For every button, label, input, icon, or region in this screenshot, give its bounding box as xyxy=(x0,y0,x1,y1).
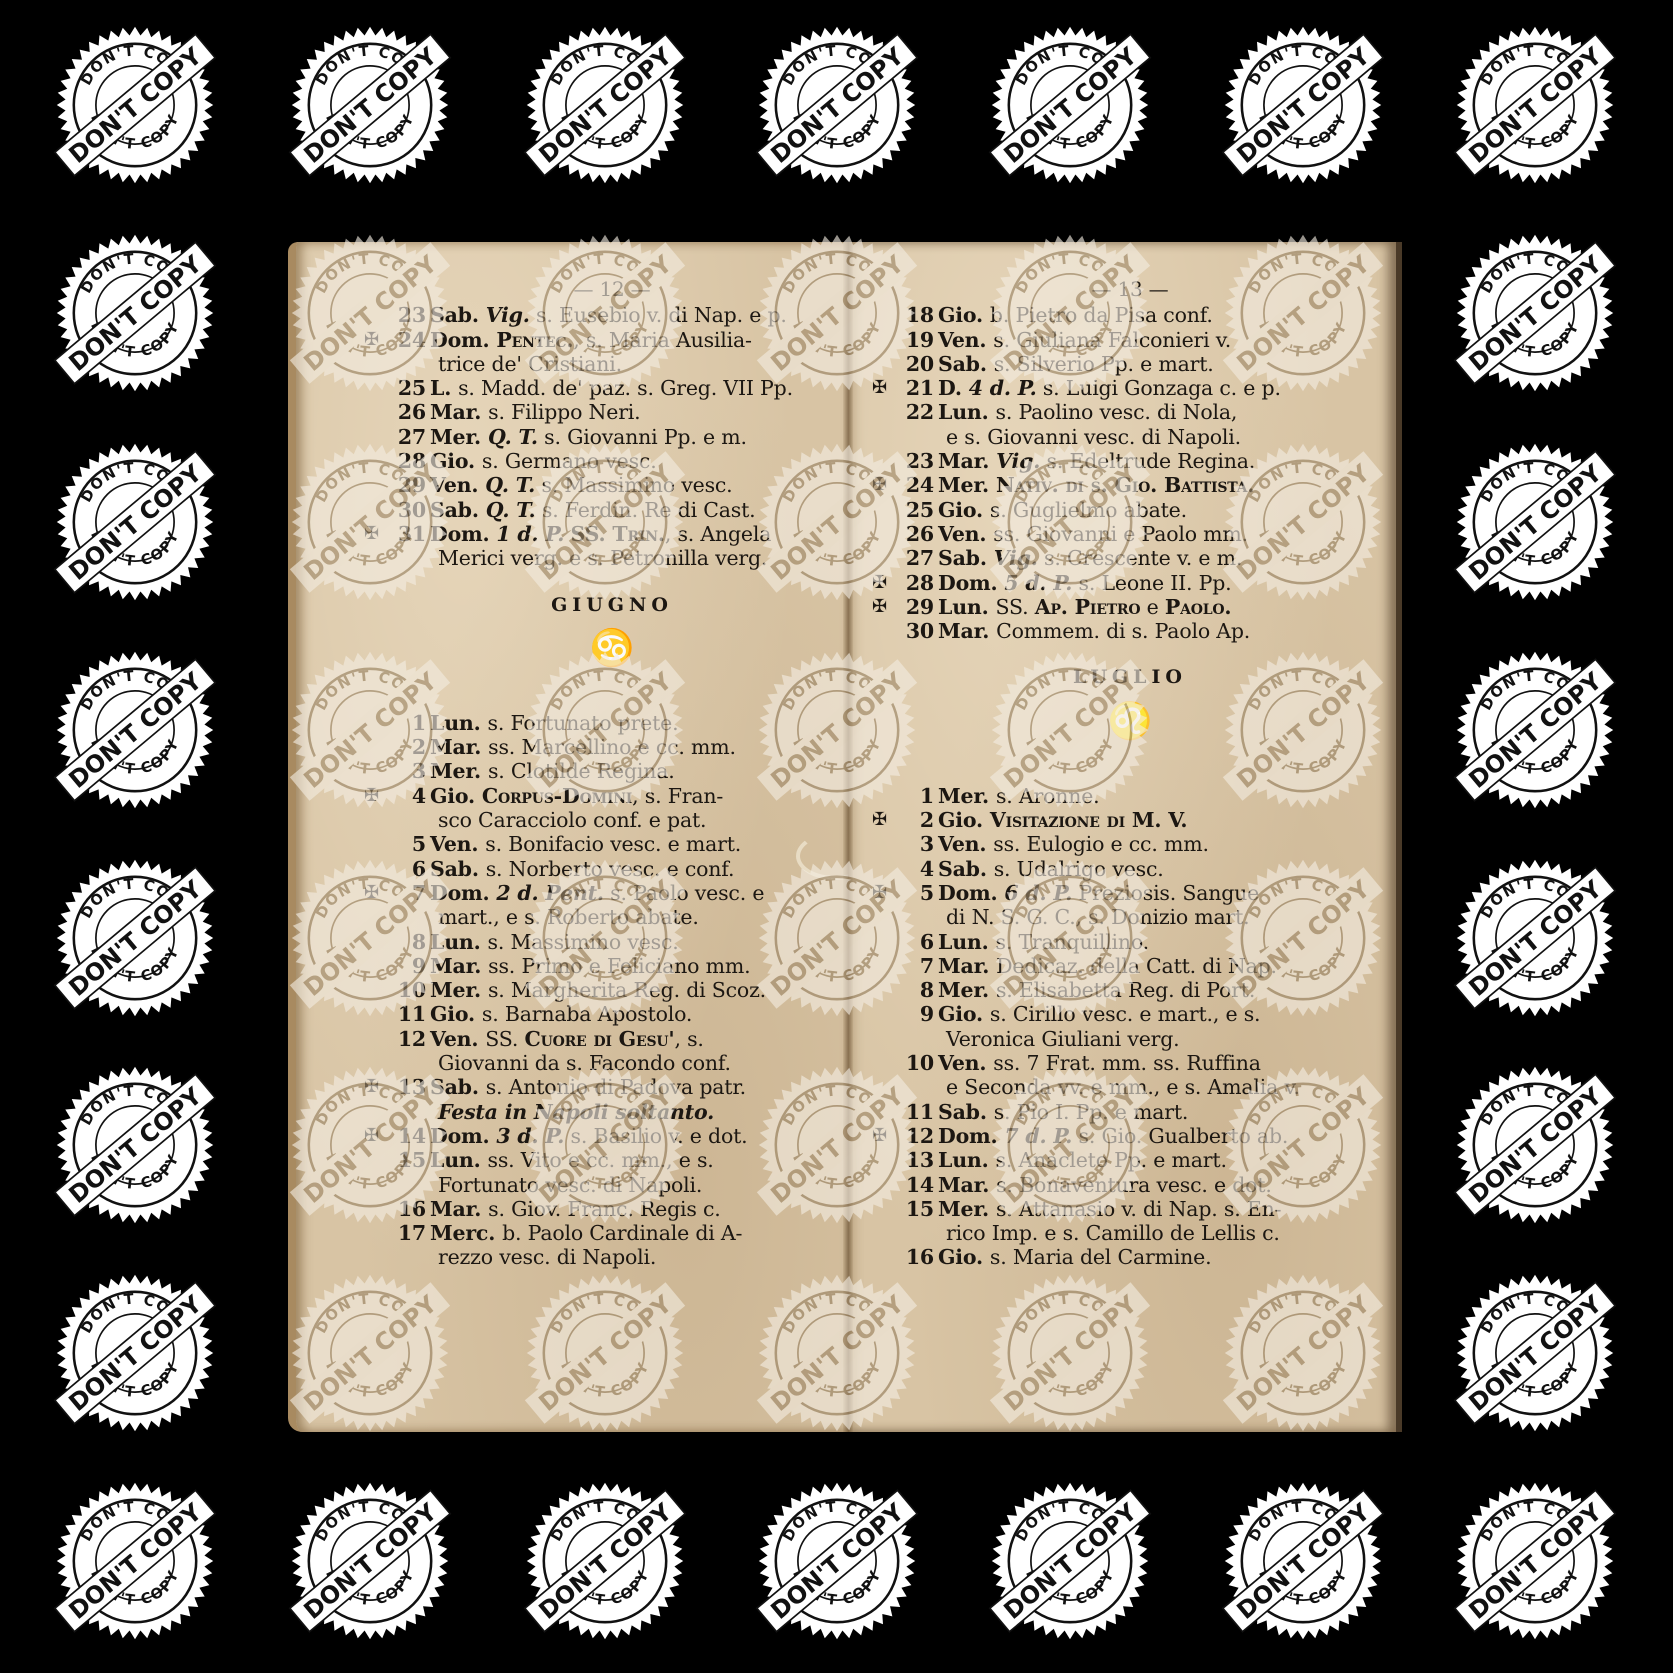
entry-text: s. Filippo Neri. xyxy=(488,400,640,424)
svg-text:DON'T COPY: DON'T COPY xyxy=(1463,1081,1607,1208)
svg-text:DON'T COPY: DON'T COPY xyxy=(87,528,183,570)
calendar-entry: 27Mer. Q. T. s. Giovanni Pp. e m. xyxy=(392,425,832,449)
calendar-entry: 20Sab. s. Silverio Pp. e mart. xyxy=(900,352,1360,376)
entry-text: s. Paolino vesc. di Nola, xyxy=(996,400,1238,424)
svg-text:DON'T COPY: DON'T COPY xyxy=(63,1081,207,1208)
entry-text: Pentec. xyxy=(496,328,573,352)
weekday-abbrev: Mer. xyxy=(938,978,996,1002)
weekday-abbrev: D. xyxy=(938,376,969,400)
day-number: 6 xyxy=(392,857,426,881)
svg-text:DON'T COPY: DON'T COPY xyxy=(1247,1499,1360,1544)
calendar-entry: ✠31Dom. 1 d. P. SS. Trin., s. Angela xyxy=(392,522,832,546)
day-number: 10 xyxy=(392,978,426,1002)
svg-text:DON'T COPY: DON'T COPY xyxy=(781,1499,894,1544)
weekday-abbrev: Gio. xyxy=(938,1002,990,1026)
weekday-abbrev: Sab. xyxy=(430,498,486,522)
month-title-giugno: GIUGNO xyxy=(392,593,832,617)
entry-continuation: Veronica Giuliani verg. xyxy=(900,1027,1360,1051)
svg-text:DON'T COPY: DON'T COPY xyxy=(1487,111,1583,153)
svg-text:DON'T COPY: DON'T COPY xyxy=(1487,736,1583,778)
day-number: 26 xyxy=(392,400,426,424)
entry-text: s. Basilio v. e dot. xyxy=(564,1124,747,1148)
entry-text: Q. T. xyxy=(485,473,535,497)
feast-cross-icon: ✠ xyxy=(364,328,379,352)
entry-text: Vig. xyxy=(486,303,530,327)
entry-continuation: Merici verg. e s. Petronilla verg. xyxy=(392,546,832,570)
svg-text:DON'T COPY: DON'T COPY xyxy=(1463,666,1607,793)
entry-text: ss. Marcellino e cc. mm. xyxy=(488,735,736,759)
day-number: 4 xyxy=(900,857,934,881)
svg-text:DON'T COPY: DON'T COPY xyxy=(314,1499,427,1544)
calendar-entry: ✠7Dom. 2 d. Pent. s. Paolo vesc. e xyxy=(392,881,832,905)
book-gutter xyxy=(843,242,853,1432)
calendar-entry: 11Sab. s. Pio I. Pp. e mart. xyxy=(900,1100,1360,1124)
entry-continuation: sco Caracciolo conf. e pat. xyxy=(392,808,832,832)
entry-text: Cuore di Gesu' xyxy=(524,1027,674,1051)
weekday-abbrev: Gio. xyxy=(938,808,990,832)
dont-copy-stamp-icon: DON'T COPY DON'T COPY DON'T COPY xyxy=(1450,20,1620,190)
entry-continuation: trice de' Cristiani. xyxy=(392,352,832,376)
entry-continuation: e s. Giovanni vesc. di Napoli. xyxy=(900,425,1360,449)
weekday-abbrev: Gio. xyxy=(938,1245,990,1269)
day-number: 14 xyxy=(900,1173,934,1197)
day-number: 31 xyxy=(392,522,426,546)
day-number: 6 xyxy=(900,930,934,954)
entry-text: 1 d. P. xyxy=(496,522,564,546)
entry-text: 3 d. P. xyxy=(496,1124,564,1148)
watermark-stamp: DON'T COPY DON'T COPY DON'T COPY xyxy=(50,853,220,1023)
svg-text:DON'T COPY: DON'T COPY xyxy=(79,1499,192,1544)
calendar-entry: ✠24Dom. Pentec., s. Maria Ausilia- xyxy=(392,328,832,352)
svg-text:DON'T COPY: DON'T COPY xyxy=(1487,1151,1583,1193)
watermark-stamp: DON'T COPY DON'T COPY DON'T COPY xyxy=(50,1268,220,1438)
entry-continuation: di N. S. G. C., s. Donizio mart. xyxy=(900,905,1360,929)
watermark-stamp: DON'T COPY DON'T COPY DON'T COPY xyxy=(520,20,690,190)
svg-text:DON'T COPY: DON'T COPY xyxy=(1463,41,1607,168)
svg-text:DON'T COPY: DON'T COPY xyxy=(87,319,183,361)
day-number: 30 xyxy=(392,498,426,522)
calendar-entry: 7Mar. Dedicaz. della Catt. di Nap. xyxy=(900,954,1360,978)
calendar-entry: ✠28Dom. 5 d. P. s. Leone II. Pp. xyxy=(900,571,1360,595)
watermark-stamp: DON'T COPY DON'T COPY DON'T COPY xyxy=(1450,228,1620,398)
entry-text: s. Luigi Gonzaga c. e p. xyxy=(1037,376,1281,400)
calendar-entry: 18Gio. b. Pietro da Pisa conf. xyxy=(900,303,1360,327)
day-number: 13 xyxy=(392,1075,426,1099)
calendar-entry: ✠5Dom. 6 d. P. Preziosis. Sangue xyxy=(900,881,1360,905)
weekday-abbrev: Mer. xyxy=(430,978,488,1002)
entry-text: , s. Fran- xyxy=(632,784,723,808)
day-number: 7 xyxy=(392,881,426,905)
weekday-abbrev: Lun. xyxy=(938,1148,996,1172)
feast-cross-icon: ✠ xyxy=(872,595,887,619)
weekday-abbrev: Gio. xyxy=(938,303,990,327)
svg-text:DON'T COPY: DON'T COPY xyxy=(998,1497,1142,1624)
day-number: 23 xyxy=(900,449,934,473)
entry-text: Ap. Pietro xyxy=(1035,595,1141,619)
entry-text: s. Massimino vesc. xyxy=(535,473,732,497)
entry-text: ss. 7 Frat. mm. ss. Ruffina xyxy=(993,1051,1261,1075)
calendar-entry: ✠12Dom. 7 d. P. s. Gio. Gualberto ab. xyxy=(900,1124,1360,1148)
entry-text: ss. Vito e cc. mm., e s. xyxy=(488,1148,714,1172)
svg-text:DON'T COPY: DON'T COPY xyxy=(322,111,418,153)
svg-text:DON'T COPY: DON'T COPY xyxy=(1479,251,1592,296)
entry-text: ss. Eulogio e cc. mm. xyxy=(993,832,1209,856)
weekday-abbrev: Dom. xyxy=(938,881,1004,905)
day-number: 27 xyxy=(900,546,934,570)
watermark-stamp: DON'T COPY DON'T COPY DON'T COPY xyxy=(50,437,220,607)
weekday-abbrev: Ven. xyxy=(430,1027,485,1051)
calendar-entry: ✠13Sab. s. Antonio di Padova patr. xyxy=(392,1075,832,1099)
weekday-abbrev: Merc. xyxy=(430,1221,502,1245)
dont-copy-stamp-icon: DON'T COPY DON'T COPY DON'T COPY xyxy=(285,1476,455,1646)
entry-text: Vig. xyxy=(996,449,1040,473)
weekday-abbrev: Ven. xyxy=(938,522,993,546)
svg-text:DON'T COPY: DON'T COPY xyxy=(87,1359,183,1401)
weekday-abbrev: Mar. xyxy=(430,735,488,759)
watermark-stamp: DON'T COPY DON'T COPY DON'T COPY xyxy=(1450,20,1620,190)
entry-continuation: e Seconda vv. e mm., e s. Amalia v. xyxy=(900,1075,1360,1099)
calendar-entry: 29Ven. Q. T. s. Massimino vesc. xyxy=(392,473,832,497)
calendar-entry: 26Mar. s. Filippo Neri. xyxy=(392,400,832,424)
calendar-entry: 28Gio. s. Germano vesc. xyxy=(392,449,832,473)
feast-cross-icon: ✠ xyxy=(364,522,379,546)
dont-copy-stamp-icon: DON'T COPY DON'T COPY DON'T COPY xyxy=(50,1060,220,1230)
day-number: 23 xyxy=(392,303,426,327)
day-number: 24 xyxy=(900,473,934,497)
svg-text:DON'T COPY: DON'T COPY xyxy=(1479,1499,1592,1544)
weekday-abbrev: Ven. xyxy=(938,832,993,856)
svg-text:DON'T COPY: DON'T COPY xyxy=(63,41,207,168)
svg-text:DON'T COPY: DON'T COPY xyxy=(1479,1083,1592,1128)
almanac-book-spread: — 12 — 23Sab. Vig. s. Eusebio v. di Nap.… xyxy=(288,242,1396,1432)
weekday-abbrev: Ven. xyxy=(430,832,485,856)
day-number: 25 xyxy=(900,498,934,522)
watermark-stamp: DON'T COPY DON'T COPY DON'T COPY xyxy=(285,1476,455,1646)
leo-zodiac-icon: ♌ xyxy=(900,710,1360,756)
entry-text: SS. Trin. xyxy=(571,522,665,546)
svg-text:DON'T COPY: DON'T COPY xyxy=(789,1567,885,1609)
svg-text:DON'T COPY: DON'T COPY xyxy=(557,111,653,153)
entry-text: Vig. xyxy=(994,546,1038,570)
calendar-entry: 13Lun. s. Anacleto Pp. e mart. xyxy=(900,1148,1360,1172)
svg-text:DON'T COPY: DON'T COPY xyxy=(1463,1289,1607,1416)
entry-text: s. Giovanni Pp. e m. xyxy=(538,425,747,449)
calendar-entry: 19Ven. s. Giuliana Falconieri v. xyxy=(900,328,1360,352)
calendar-entry: ✠21D. 4 d. P. s. Luigi Gonzaga c. e p. xyxy=(900,376,1360,400)
entry-continuation: rico Imp. e s. Camillo de Lellis c. xyxy=(900,1221,1360,1245)
day-number: 5 xyxy=(900,881,934,905)
svg-text:DON'T COPY: DON'T COPY xyxy=(1014,43,1127,88)
entry-text: s. Margherita Reg. di Scoz. xyxy=(488,978,766,1002)
entry-text: s. Anacleto Pp. e mart. xyxy=(996,1148,1227,1172)
entry-text: s. Eusebio v. di Nap. e p. xyxy=(530,303,787,327)
day-number: 29 xyxy=(392,473,426,497)
entry-text: s. Maria del Carmine. xyxy=(990,1245,1212,1269)
watermark-stamp: DON'T COPY DON'T COPY DON'T COPY xyxy=(1218,20,1388,190)
month-title-luglio: LUGLIO xyxy=(900,665,1360,689)
weekday-abbrev: Sab. xyxy=(430,857,486,881)
weekday-abbrev: Mer. xyxy=(430,759,488,783)
dont-copy-stamp-icon: DON'T COPY DON'T COPY DON'T COPY xyxy=(1450,228,1620,398)
entry-text: , s. Angela xyxy=(665,522,771,546)
svg-text:DON'T COPY: DON'T COPY xyxy=(1463,874,1607,1001)
day-number: 17 xyxy=(392,1221,426,1245)
day-number: 19 xyxy=(900,328,934,352)
svg-text:DON'T COPY: DON'T COPY xyxy=(1487,1359,1583,1401)
weekday-abbrev: Dom. xyxy=(938,1124,1004,1148)
feast-cross-icon: ✠ xyxy=(872,881,887,905)
watermark-stamp: DON'T COPY DON'T COPY DON'T COPY xyxy=(1450,437,1620,607)
weekday-abbrev: Sab. xyxy=(430,1075,486,1099)
svg-text:DON'T COPY: DON'T COPY xyxy=(1231,41,1375,168)
dont-copy-stamp-icon: DON'T COPY DON'T COPY DON'T COPY xyxy=(985,20,1155,190)
dont-copy-stamp-icon: DON'T COPY DON'T COPY DON'T COPY xyxy=(752,1476,922,1646)
entry-text: ss. Giovanni e Paolo mm. xyxy=(993,522,1248,546)
day-number: 16 xyxy=(900,1245,934,1269)
right-page-column: — 13 — 18Gio. b. Pietro da Pisa conf.19V… xyxy=(900,277,1360,1270)
page-number-12: — 12 — xyxy=(392,277,832,301)
cancer-zodiac-icon: ♋ xyxy=(392,637,832,683)
entry-text: s. Udalrigo vesc. xyxy=(994,857,1164,881)
svg-text:DON'T COPY: DON'T COPY xyxy=(549,1499,662,1544)
day-number: 4 xyxy=(392,784,426,808)
july-entries-list: 1Mer. s. Aronne.✠2Gio. Visitazione di M.… xyxy=(900,784,1360,1270)
watermark-stamp: DON'T COPY DON'T COPY DON'T COPY xyxy=(50,1476,220,1646)
page-number-13: — 13 — xyxy=(900,277,1360,301)
watermark-stamp: DON'T COPY DON'T COPY DON'T COPY xyxy=(50,20,220,190)
svg-text:DON'T COPY: DON'T COPY xyxy=(1463,1497,1607,1624)
day-number: 8 xyxy=(392,930,426,954)
watermark-stamp: DON'T COPY DON'T COPY DON'T COPY xyxy=(1450,1476,1620,1646)
svg-text:DON'T COPY: DON'T COPY xyxy=(87,111,183,153)
entry-text: , s. xyxy=(674,1027,703,1051)
dont-copy-stamp-icon: DON'T COPY DON'T COPY DON'T COPY xyxy=(50,20,220,190)
entry-continuation: mart., e s. Roberto abate. xyxy=(392,905,832,929)
feast-cross-icon: ✠ xyxy=(872,473,887,497)
calendar-entry: 11Gio. s. Barnaba Apostolo. xyxy=(392,1002,832,1026)
day-number: 27 xyxy=(392,425,426,449)
entry-text: Paolo. xyxy=(1165,595,1231,619)
feast-cross-icon: ✠ xyxy=(872,1124,887,1148)
entry-text: s. Gio. Gualberto ab. xyxy=(1072,1124,1288,1148)
entry-text: s. Elisabetta Reg. di Port. xyxy=(996,978,1255,1002)
day-number: 7 xyxy=(900,954,934,978)
weekday-abbrev: Gio. xyxy=(430,784,482,808)
calendar-entry: 22Lun. s. Paolino vesc. di Nola, xyxy=(900,400,1360,424)
calendar-entry: 15Lun. ss. Vito e cc. mm., e s. xyxy=(392,1148,832,1172)
day-number: 15 xyxy=(392,1148,426,1172)
svg-text:DON'T COPY: DON'T COPY xyxy=(1479,43,1592,88)
entry-text: s. Tranquillino. xyxy=(996,930,1150,954)
calendar-entry: 8Lun. s. Massimino vesc. xyxy=(392,930,832,954)
day-number: 22 xyxy=(900,400,934,424)
entry-text: Dedicaz. della Catt. di Nap. xyxy=(996,954,1277,978)
calendar-entry: 25L. s. Madd. de' paz. s. Greg. VII Pp. xyxy=(392,376,832,400)
svg-text:DON'T COPY: DON'T COPY xyxy=(549,43,662,88)
day-number: 14 xyxy=(392,1124,426,1148)
svg-text:DON'T COPY: DON'T COPY xyxy=(1487,944,1583,986)
svg-text:DON'T COPY: DON'T COPY xyxy=(1479,876,1592,921)
calendar-entry: ✠14Dom. 3 d. P. s. Basilio v. e dot. xyxy=(392,1124,832,1148)
watermark-stamp: DON'T COPY DON'T COPY DON'T COPY xyxy=(1218,1476,1388,1646)
calendar-entry: 6Sab. s. Norberto vesc. e conf. xyxy=(392,857,832,881)
entry-text: ss. Primo e Feliciano mm. xyxy=(488,954,750,978)
june-entries-list: 1Lun. s. Fortunato prete.2Mar. ss. Marce… xyxy=(392,711,832,1270)
weekday-abbrev: Mar. xyxy=(938,619,996,643)
svg-text:DON'T COPY: DON'T COPY xyxy=(1231,1497,1375,1624)
calendar-entry: 12Ven. SS. Cuore di Gesu', s. xyxy=(392,1027,832,1051)
entry-text: e xyxy=(1140,595,1165,619)
svg-text:DON'T COPY: DON'T COPY xyxy=(765,1497,909,1624)
dont-copy-stamp-icon: DON'T COPY DON'T COPY DON'T COPY xyxy=(1450,645,1620,815)
calendar-entry: ✠29Lun. SS. Ap. Pietro e Paolo. xyxy=(900,595,1360,619)
feast-cross-icon: ✠ xyxy=(872,808,887,832)
entry-text: s. Guglielmo abate. xyxy=(990,498,1187,522)
left-page-column: — 12 — 23Sab. Vig. s. Eusebio v. di Nap.… xyxy=(392,277,832,1270)
entry-text: s. Germano vesc. xyxy=(482,449,657,473)
day-number: 13 xyxy=(900,1148,934,1172)
svg-text:DON'T COPY: DON'T COPY xyxy=(79,43,192,88)
dont-copy-stamp-icon: DON'T COPY DON'T COPY DON'T COPY xyxy=(50,437,220,607)
calendar-entry: 30Mar. Commem. di s. Paolo Ap. xyxy=(900,619,1360,643)
day-number: 1 xyxy=(900,784,934,808)
entry-continuation: Fortunato vesc. di Napoli. xyxy=(392,1173,832,1197)
svg-text:DON'T COPY: DON'T COPY xyxy=(1022,111,1118,153)
day-number: 11 xyxy=(392,1002,426,1026)
day-number: 3 xyxy=(392,759,426,783)
dont-copy-stamp-icon: DON'T COPY DON'T COPY DON'T COPY xyxy=(985,1476,1155,1646)
day-number: 18 xyxy=(900,303,934,327)
dont-copy-stamp-icon: DON'T COPY DON'T COPY DON'T COPY xyxy=(1450,1268,1620,1438)
weekday-abbrev: Ven. xyxy=(938,1051,993,1075)
dont-copy-stamp-icon: DON'T COPY DON'T COPY DON'T COPY xyxy=(1450,853,1620,1023)
day-number: 9 xyxy=(392,954,426,978)
weekday-abbrev: Sab. xyxy=(938,1100,994,1124)
weekday-abbrev: Dom. xyxy=(430,328,496,352)
watermark-stamp: DON'T COPY DON'T COPY DON'T COPY xyxy=(1450,1060,1620,1230)
entry-text: s. Aronne. xyxy=(996,784,1100,808)
svg-text:DON'T COPY: DON'T COPY xyxy=(298,41,442,168)
entry-text: b. Pietro da Pisa conf. xyxy=(990,303,1213,327)
weekday-abbrev: Dom. xyxy=(430,522,496,546)
june-entries-continued-list: 18Gio. b. Pietro da Pisa conf.19Ven. s. … xyxy=(900,303,1360,643)
entry-text: s. Giov. Franc. Regis c. xyxy=(488,1197,720,1221)
entry-text: s. Silverio Pp. e mart. xyxy=(994,352,1214,376)
calendar-entry: 9Mar. ss. Primo e Feliciano mm. xyxy=(392,954,832,978)
weekday-abbrev: Dom. xyxy=(430,881,496,905)
day-number: 2 xyxy=(900,808,934,832)
dont-copy-stamp-icon: DON'T COPY DON'T COPY DON'T COPY xyxy=(1218,20,1388,190)
calendar-entry: 15Mer. s. Attanasio v. di Nap. s. En- xyxy=(900,1197,1360,1221)
svg-text:DON'T COPY: DON'T COPY xyxy=(557,1567,653,1609)
feast-cross-icon: ✠ xyxy=(364,881,379,905)
calendar-entry: 3Mer. s. Clotilde Regina. xyxy=(392,759,832,783)
entry-text: s. Paolo vesc. e xyxy=(604,881,764,905)
calendar-entry: 16Gio. s. Maria del Carmine. xyxy=(900,1245,1360,1269)
watermark-stamp: DON'T COPY DON'T COPY DON'T COPY xyxy=(285,20,455,190)
weekday-abbrev: Dom. xyxy=(938,571,1004,595)
weekday-abbrev: Mer. xyxy=(430,425,488,449)
weekday-abbrev: Mer. xyxy=(938,784,996,808)
svg-text:DON'T COPY: DON'T COPY xyxy=(1022,1567,1118,1609)
calendar-entry: 2Mar. ss. Marcellino e cc. mm. xyxy=(392,735,832,759)
weekday-abbrev: Sab. xyxy=(430,303,486,327)
svg-text:DON'T COPY: DON'T COPY xyxy=(322,1567,418,1609)
entry-text: 6 d. P. xyxy=(1004,881,1072,905)
day-number: 25 xyxy=(392,376,426,400)
weekday-abbrev: Mar. xyxy=(938,449,996,473)
may-entries-list: 23Sab. Vig. s. Eusebio v. di Nap. e p.✠2… xyxy=(392,303,832,570)
right-page: — 13 — 18Gio. b. Pietro da Pisa conf.19V… xyxy=(848,242,1402,1432)
day-number: 11 xyxy=(900,1100,934,1124)
svg-text:DON'T COPY: DON'T COPY xyxy=(1479,460,1592,505)
entry-text: s. Barnaba Apostolo. xyxy=(482,1002,692,1026)
svg-text:DON'T COPY: DON'T COPY xyxy=(79,460,192,505)
watermark-stamp: DON'T COPY DON'T COPY DON'T COPY xyxy=(50,1060,220,1230)
entry-text: s. Norberto vesc. e conf. xyxy=(486,857,735,881)
svg-text:DON'T COPY: DON'T COPY xyxy=(79,876,192,921)
svg-text:DON'T COPY: DON'T COPY xyxy=(1487,528,1583,570)
entry-text: s. Edeltrude Regina. xyxy=(1040,449,1255,473)
calendar-entry: 23Sab. Vig. s. Eusebio v. di Nap. e p. xyxy=(392,303,832,327)
svg-text:DON'T COPY: DON'T COPY xyxy=(533,41,677,168)
dont-copy-stamp-icon: DON'T COPY DON'T COPY DON'T COPY xyxy=(752,20,922,190)
svg-text:DON'T COPY: DON'T COPY xyxy=(765,41,909,168)
svg-text:DON'T COPY: DON'T COPY xyxy=(298,1497,442,1624)
day-number: 24 xyxy=(392,328,426,352)
calendar-entry: 3Ven. ss. Eulogio e cc. mm. xyxy=(900,832,1360,856)
entry-continuation: Giovanni da s. Facondo conf. xyxy=(392,1051,832,1075)
feast-cross-icon: ✠ xyxy=(364,1124,379,1148)
day-number: 28 xyxy=(392,449,426,473)
watermark-stamp: DON'T COPY DON'T COPY DON'T COPY xyxy=(1450,645,1620,815)
svg-text:DON'T COPY: DON'T COPY xyxy=(1255,111,1351,153)
calendar-entry: ✠2Gio. Visitazione di M. V. xyxy=(900,808,1360,832)
dont-copy-stamp-icon: DON'T COPY DON'T COPY DON'T COPY xyxy=(285,20,455,190)
watermark-stamp: DON'T COPY DON'T COPY DON'T COPY xyxy=(50,228,220,398)
feast-cross-icon: ✠ xyxy=(364,1075,379,1099)
weekday-abbrev: Sab. xyxy=(938,546,994,570)
weekday-abbrev: Lun. xyxy=(430,1148,488,1172)
weekday-abbrev: Mar. xyxy=(938,1173,996,1197)
weekday-abbrev: Lun. xyxy=(938,930,996,954)
svg-text:DON'T COPY: DON'T COPY xyxy=(1014,1499,1127,1544)
weekday-abbrev: Sab. xyxy=(938,352,994,376)
weekday-abbrev: Mer. xyxy=(938,473,996,497)
svg-text:DON'T COPY: DON'T COPY xyxy=(63,1497,207,1624)
watermark-stamp: DON'T COPY DON'T COPY DON'T COPY xyxy=(985,20,1155,190)
day-number: 21 xyxy=(900,376,934,400)
feast-cross-icon: ✠ xyxy=(872,571,887,595)
weekday-abbrev: Lun. xyxy=(938,400,996,424)
svg-text:DON'T COPY: DON'T COPY xyxy=(87,1567,183,1609)
left-page: — 12 — 23Sab. Vig. s. Eusebio v. di Nap.… xyxy=(288,242,856,1432)
entry-text: Q. T. xyxy=(488,425,538,449)
svg-text:DON'T COPY: DON'T COPY xyxy=(79,668,192,713)
entry-text: s. Bonifacio vesc. e mart. xyxy=(485,832,741,856)
calendar-entry: 14Mar. s. Bonaventura vesc. e dot. xyxy=(900,1173,1360,1197)
feast-cross-icon: ✠ xyxy=(872,376,887,400)
weekday-abbrev: Mar. xyxy=(430,954,488,978)
svg-text:DON'T COPY: DON'T COPY xyxy=(87,944,183,986)
day-number: 5 xyxy=(392,832,426,856)
entry-text: , s. Maria Ausilia- xyxy=(573,328,751,352)
calendar-entry: 10Mer. s. Margherita Reg. di Scoz. xyxy=(392,978,832,1002)
svg-text:DON'T COPY: DON'T COPY xyxy=(1247,43,1360,88)
weekday-abbrev: Dom. xyxy=(430,1124,496,1148)
calendar-entry: 5Ven. s. Bonifacio vesc. e mart. xyxy=(392,832,832,856)
watermark-stamp: DON'T COPY DON'T COPY DON'T COPY xyxy=(752,20,922,190)
